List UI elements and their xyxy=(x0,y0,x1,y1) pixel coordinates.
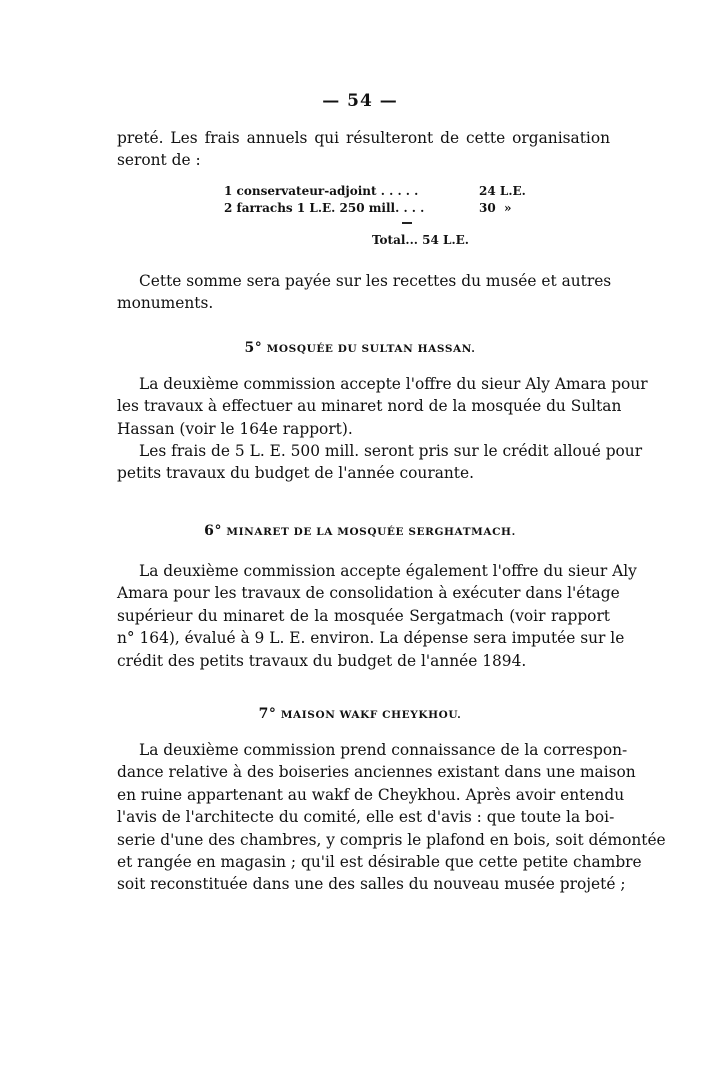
text-line: preté. Les frais annuels qui résulteront… xyxy=(117,127,610,149)
text-line: l'avis de l'architecte du comité, elle e… xyxy=(117,806,610,828)
section-heading-6: 6° MINARET DE LA MOSQUÉE SERGHATMACH. xyxy=(0,523,720,539)
page-number: — 54 — xyxy=(0,91,720,111)
intro-paragraph: preté. Les frais annuels qui résulteront… xyxy=(117,127,610,172)
total-label: Total... xyxy=(372,233,418,247)
text-line: La deuxième commission accepte l'offre d… xyxy=(117,373,610,395)
text-line: n° 164), évalué à 9 L. E. environ. La dé… xyxy=(117,627,610,649)
cost-row: 2 farrachs 1 L.E. 250 mill. . . . 30 » xyxy=(224,200,526,217)
text-line: soit reconstituée dans une des salles du… xyxy=(117,873,610,895)
text-line: La deuxième commission prend connaissanc… xyxy=(117,739,610,761)
section-5-paragraph-2: Les frais de 5 L. E. 500 mill. seront pr… xyxy=(117,440,610,485)
text-line: Cette somme sera payée sur les recettes … xyxy=(117,270,610,292)
section-6-paragraph-1: La deuxième commission accepte également… xyxy=(117,560,610,672)
cost-total: Total... 54 L.E. xyxy=(372,233,469,247)
text-line: La deuxième commission accepte également… xyxy=(117,560,610,582)
total-value: 54 L.E. xyxy=(422,233,469,247)
text-line: Les frais de 5 L. E. 500 mill. seront pr… xyxy=(117,440,610,462)
text-line: en ruine appartenant au wakf de Cheykhou… xyxy=(117,784,610,806)
text-line: les travaux à effectuer au minaret nord … xyxy=(117,395,610,417)
text-line: dance relative à des boiseries anciennes… xyxy=(117,761,610,783)
text-line: monuments. xyxy=(117,292,610,314)
text-line: supérieur du minaret de la mosquée Serga… xyxy=(117,605,610,627)
section-heading-7: 7° MAISON WAKF CHEYKHOU. xyxy=(0,706,720,722)
cost-row: 1 conservateur-adjoint . . . . . 24 L.E. xyxy=(224,183,526,200)
text-line: crédit des petits travaux du budget de l… xyxy=(117,650,610,672)
section-7-paragraph-1: La deuxième commission prend connaissanc… xyxy=(117,739,610,896)
cost-value: 30 » xyxy=(479,200,512,217)
text-line: petits travaux du budget de l'année cour… xyxy=(117,462,610,484)
cost-table: 1 conservateur-adjoint . . . . . 24 L.E.… xyxy=(224,183,526,217)
section-5-paragraph-1: La deuxième commission accepte l'offre d… xyxy=(117,373,610,440)
text-line: seront de : xyxy=(117,149,610,171)
text-line: Hassan (voir le 164e rapport). xyxy=(117,418,610,440)
text-line: et rangée en magasin ; qu'il est désirab… xyxy=(117,851,610,873)
cost-label: 1 conservateur-adjoint . . . . . xyxy=(224,183,479,200)
text-line: Amara pour les travaux de consolidation … xyxy=(117,582,610,604)
cost-value: 24 L.E. xyxy=(479,183,526,200)
cost-label: 2 farrachs 1 L.E. 250 mill. . . . xyxy=(224,200,479,217)
section-heading-5: 5° MOSQUÉE DU SULTAN HASSAN. xyxy=(0,340,720,356)
text-line: serie d'une des chambres, y compris le p… xyxy=(117,829,610,851)
sum-rule xyxy=(402,222,412,224)
document-page: — 54 — preté. Les frais annuels qui résu… xyxy=(0,0,720,1075)
payment-paragraph: Cette somme sera payée sur les recettes … xyxy=(117,270,610,315)
